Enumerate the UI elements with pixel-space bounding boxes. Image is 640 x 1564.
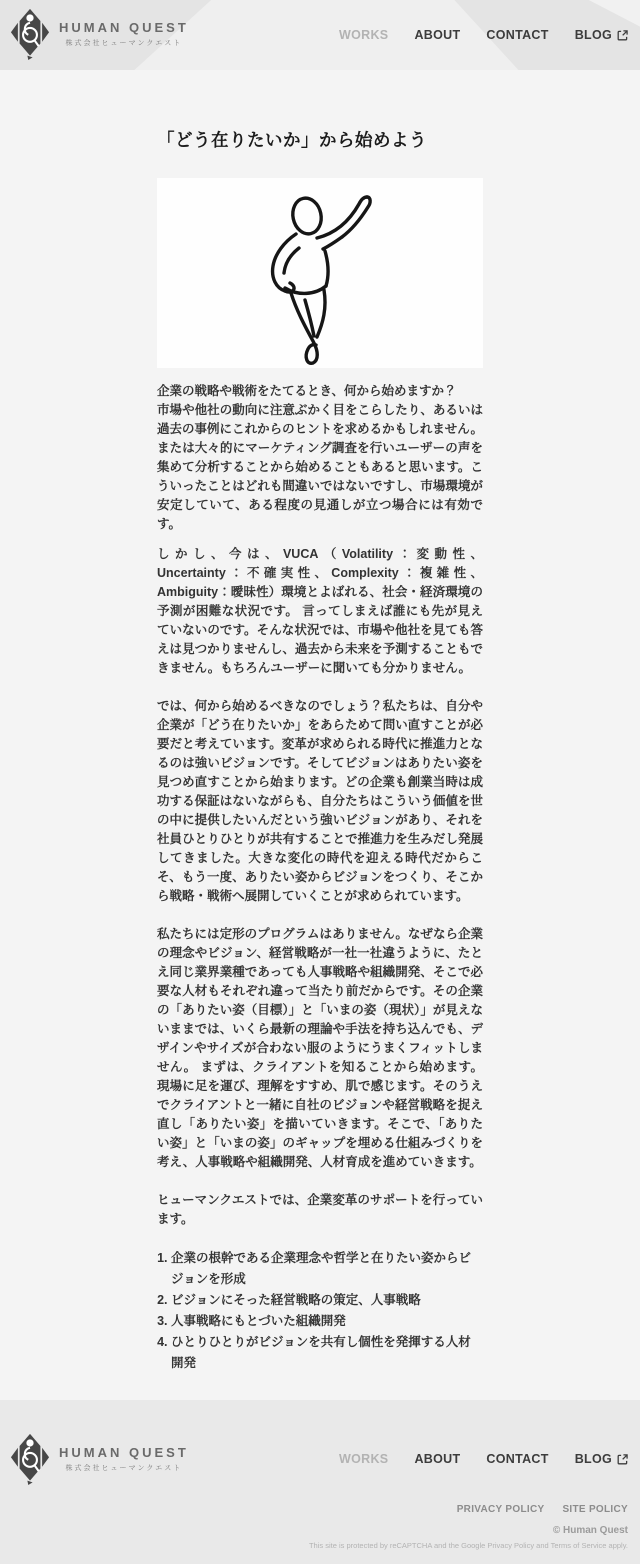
footer-nav-works[interactable]: WORKS bbox=[339, 1452, 388, 1466]
footer-brand-logo[interactable]: HUMAN QUEST 株式会社ヒューマンクエスト bbox=[10, 1433, 189, 1485]
paragraph-strategy-start: 企業の戦略や戦術をたてるとき、何から始めますか？ 市場や他社の動向に注意ぶかく目… bbox=[157, 382, 483, 534]
paragraph-no-fixed-program: 私たちには定形のプログラムはありません。なぜなら企業の理念やビジョン、経営戦略が… bbox=[157, 925, 483, 1172]
nav-contact[interactable]: CONTACT bbox=[486, 28, 548, 42]
list-item-strategy: ビジョンにそった経営戦略の策定、人事戦略 bbox=[171, 1290, 483, 1311]
recaptcha-notice: This site is protected by reCAPTCHA and … bbox=[10, 1541, 628, 1550]
human-quest-mark-icon bbox=[10, 1433, 50, 1485]
illustration-card bbox=[157, 178, 483, 368]
nav-blog-label: BLOG bbox=[575, 28, 612, 42]
brand-subtitle: 株式会社ヒューマンクエスト bbox=[66, 38, 183, 48]
paragraph-vision: では、何から始めるべきなのでしょう？私たちは、自分や企業が「どう在りたいか」をあ… bbox=[157, 697, 483, 906]
brand-name: HUMAN QUEST bbox=[59, 20, 189, 35]
human-quest-mark-icon bbox=[10, 8, 50, 60]
footer-nav-blog[interactable]: BLOG bbox=[575, 1452, 628, 1466]
person-illustration bbox=[157, 178, 483, 368]
page-title: 「どう在りたいか」から始めよう bbox=[157, 127, 483, 152]
footer-legal-links: PRIVACY POLICY SITE POLICY bbox=[10, 1504, 628, 1515]
external-link-icon bbox=[617, 1454, 628, 1465]
paragraph-vuca: しかし、今は、VUCA（Volatility：変動性、Uncertainty：不… bbox=[157, 545, 483, 678]
article: 「どう在りたいか」から始めよう 企業の戦略や戦術をたてるとき、何から始めますか？… bbox=[0, 70, 640, 1400]
site-policy-link[interactable]: SITE POLICY bbox=[562, 1504, 628, 1515]
footer-top-row: HUMAN QUEST 株式会社ヒューマンクエスト WORKS ABOUT CO… bbox=[10, 1430, 628, 1488]
site-footer: HUMAN QUEST 株式会社ヒューマンクエスト WORKS ABOUT CO… bbox=[0, 1400, 640, 1564]
services-list: 企業の根幹である企業理念や哲学と在りたい姿からビジョンを形成 ビジョンにそった経… bbox=[157, 1248, 483, 1374]
external-link-icon bbox=[617, 30, 628, 41]
nav-works[interactable]: WORKS bbox=[339, 28, 388, 42]
nav-blog[interactable]: BLOG bbox=[575, 28, 628, 42]
footer-brand-subtitle: 株式会社ヒューマンクエスト bbox=[66, 1463, 183, 1473]
nav-about[interactable]: ABOUT bbox=[414, 28, 460, 42]
privacy-policy-link[interactable]: PRIVACY POLICY bbox=[457, 1504, 545, 1515]
footer-nav-about[interactable]: ABOUT bbox=[414, 1452, 460, 1466]
footer-nav: WORKS ABOUT CONTACT BLOG bbox=[339, 1452, 628, 1466]
list-item-vision-formation: 企業の根幹である企業理念や哲学と在りたい姿からビジョンを形成 bbox=[171, 1248, 483, 1290]
footer-nav-contact[interactable]: CONTACT bbox=[486, 1452, 548, 1466]
footer-nav-blog-label: BLOG bbox=[575, 1452, 612, 1466]
list-item-organization: 人事戦略にもとづいた組織開発 bbox=[171, 1311, 483, 1332]
copyright: © Human Quest bbox=[10, 1525, 628, 1536]
site-header: HUMAN QUEST 株式会社ヒューマンクエスト WORKS ABOUT CO… bbox=[0, 0, 640, 70]
footer-brand-name: HUMAN QUEST bbox=[59, 1445, 189, 1460]
main-nav: WORKS ABOUT CONTACT BLOG bbox=[339, 0, 628, 70]
paragraph-support-intro: ヒューマンクエストでは、企業変革のサポートを行っています。 bbox=[157, 1191, 483, 1229]
list-item-talent: ひとりひとりがビジョンを共有し個性を発揮する人材開発 bbox=[171, 1332, 483, 1374]
